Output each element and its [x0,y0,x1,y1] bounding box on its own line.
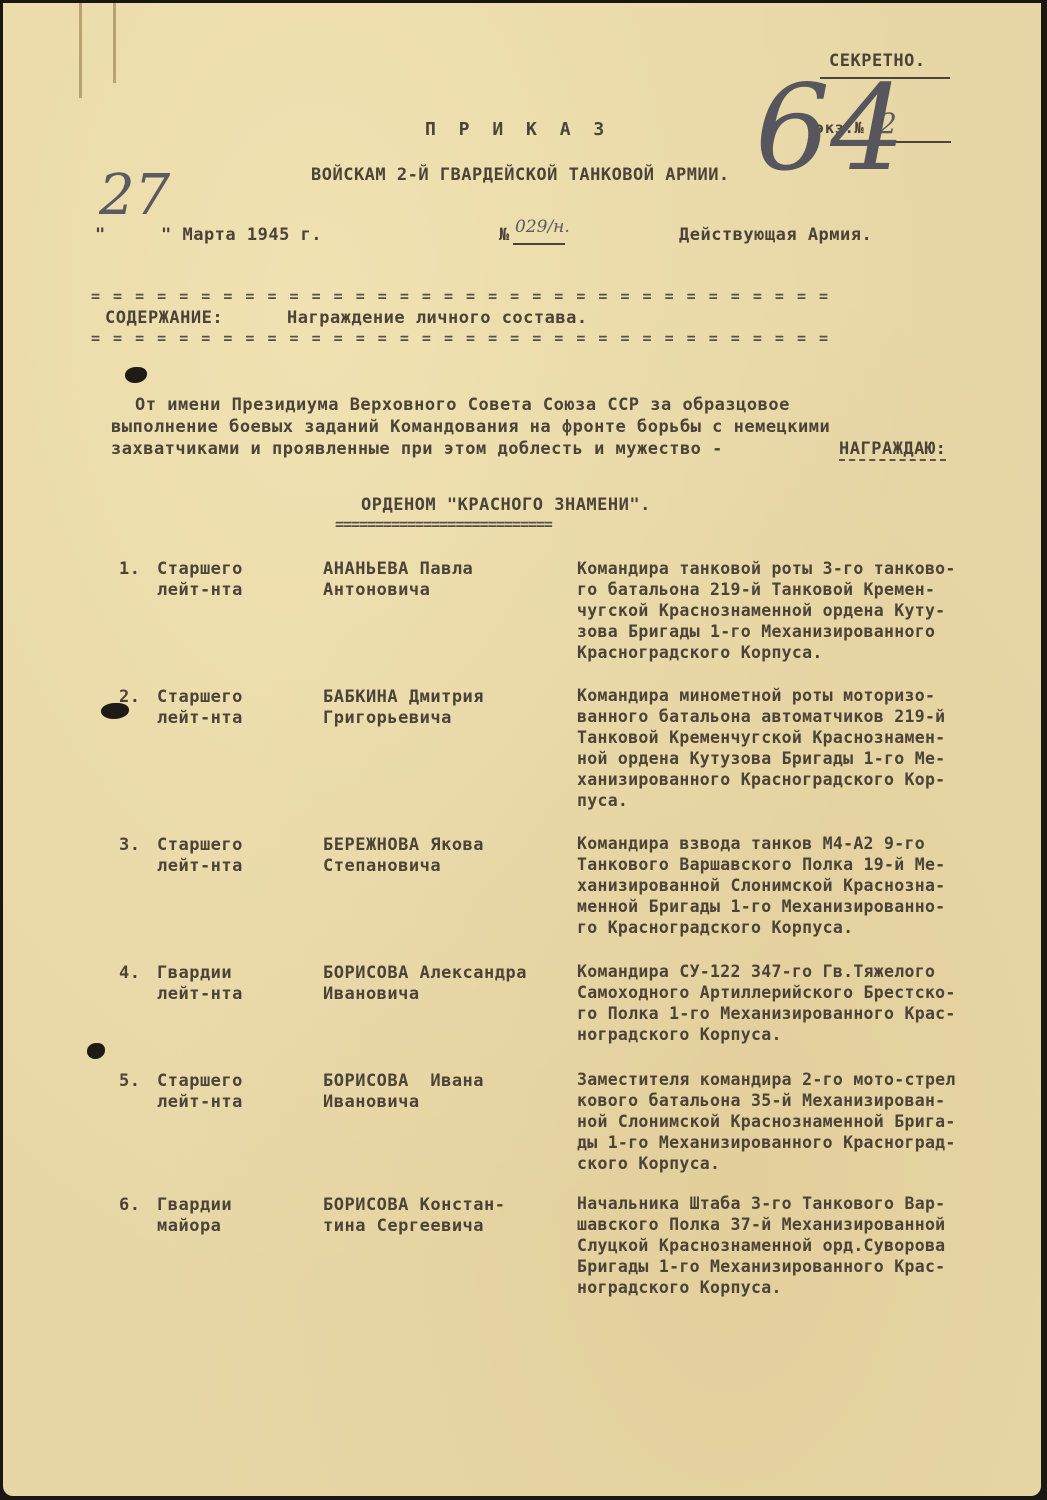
awardee-name-line1: БАБКИНА Дмитрия [323,687,484,707]
awardee-rank-line1: Гвардии [157,963,232,983]
awardee-rank-line1: Старшего [157,559,243,579]
ink-blot [87,1043,105,1059]
awardee-number: 1. [119,559,140,579]
preamble-line-3: захватчиками и проявленные при этом добл… [111,439,734,459]
order-heading-underline: =========================== [335,515,552,533]
awardee-name-line2: Григорьевича [323,708,452,728]
order-number-underline [513,243,565,245]
awardee-rank-line2: лейт-нта [157,856,243,876]
preamble-line-1: От имени Президиума Верховного Совета Со… [135,395,790,415]
awardee-rank-line2: лейт-нта [157,580,243,600]
ink-blot [125,367,147,383]
order-number-label: № [499,225,510,245]
document-subtitle: ВОЙСКАМ 2-Й ГВАРДЕЙСКОЙ ТАНКОВОЙ АРМИИ. [311,165,730,185]
location-text: Действующая Армия. [679,225,872,245]
awardee-name-line2: тина Сергеевича [323,1216,484,1236]
preamble-line-2: выполнение боевых заданий Командования н… [111,417,830,437]
date-month-year: " Марта 1945 г. [161,225,322,245]
awardee-description: Командира танковой роты 3-го танково- го… [577,558,956,663]
content-label: СОДЕРЖАНИЕ: [105,308,223,328]
awardee-rank-line2: лейт-нта [157,984,243,1004]
awardee-description: Заместителя командира 2-го мото-стрел ко… [577,1069,956,1174]
awardee-description: Командира СУ-122 347-го Гв.Тяжелого Само… [577,961,956,1045]
paper-fold-mark [113,3,116,83]
awardee-description: Начальника Штаба 3-го Танкового Вар- шав… [577,1193,945,1298]
awardee-name-line1: АНАНЬЕВА Павла [323,559,473,579]
awardee-description: Командира взвода танков М4-А2 9-го Танко… [577,833,945,938]
order-number-handwritten: 029/н. [515,217,570,237]
paper-fold-mark [79,3,82,98]
awardee-rank-line2: лейт-нта [157,708,243,728]
awardee-name-line1: БОРИСОВА Констан- [323,1195,506,1215]
awardee-name-line2: Ивановича [323,1092,420,1112]
awardee-name-line2: Антоновича [323,580,430,600]
handwritten-archive-number: 64 [755,69,905,187]
awardee-name-line1: БОРИСОВА Александра [323,963,527,983]
date-quote-open: " [95,225,106,245]
awardee-rank-line1: Старшего [157,835,243,855]
awardee-description: Командира минометной роты моторизо- ванн… [577,685,945,811]
awardee-number: 2. [119,687,140,707]
date-day-handwritten: 27 [99,163,170,228]
awardee-number: 4. [119,963,140,983]
awardee-rank-line1: Старшего [157,687,243,707]
awardee-number: 5. [119,1071,140,1091]
content-value: Награждение личного состава. [287,308,588,328]
awardee-rank-line1: Старшего [157,1071,243,1091]
awardee-rank-line1: Гвардии [157,1195,232,1215]
order-heading: ОРДЕНОМ "КРАСНОГО ЗНАМЕНИ". [361,495,651,515]
awardee-name-line1: БОРИСОВА Ивана [323,1071,484,1091]
awardee-rank-line2: лейт-нта [157,1092,243,1112]
awardee-name-line2: Ивановича [323,984,420,1004]
document-page: СЕКРЕТНО. экз.№ 2 64 П Р И К А З ВОЙСКАМ… [3,3,1041,1496]
awardee-number: 6. [119,1195,140,1215]
document-title: П Р И К А З [425,119,610,140]
awardee-name-line1: БЕРЕЖНОВА Якова [323,835,484,855]
awardee-number: 3. [119,835,140,855]
awardee-name-line2: Степановича [323,856,441,876]
separator-top: = = = = = = = = = = = = = = = = = = = = … [91,287,830,305]
award-verb: НАГРАЖДАЮ: [839,439,946,459]
awardee-rank-line2: майора [157,1216,221,1236]
separator-bottom: = = = = = = = = = = = = = = = = = = = = … [91,329,830,347]
